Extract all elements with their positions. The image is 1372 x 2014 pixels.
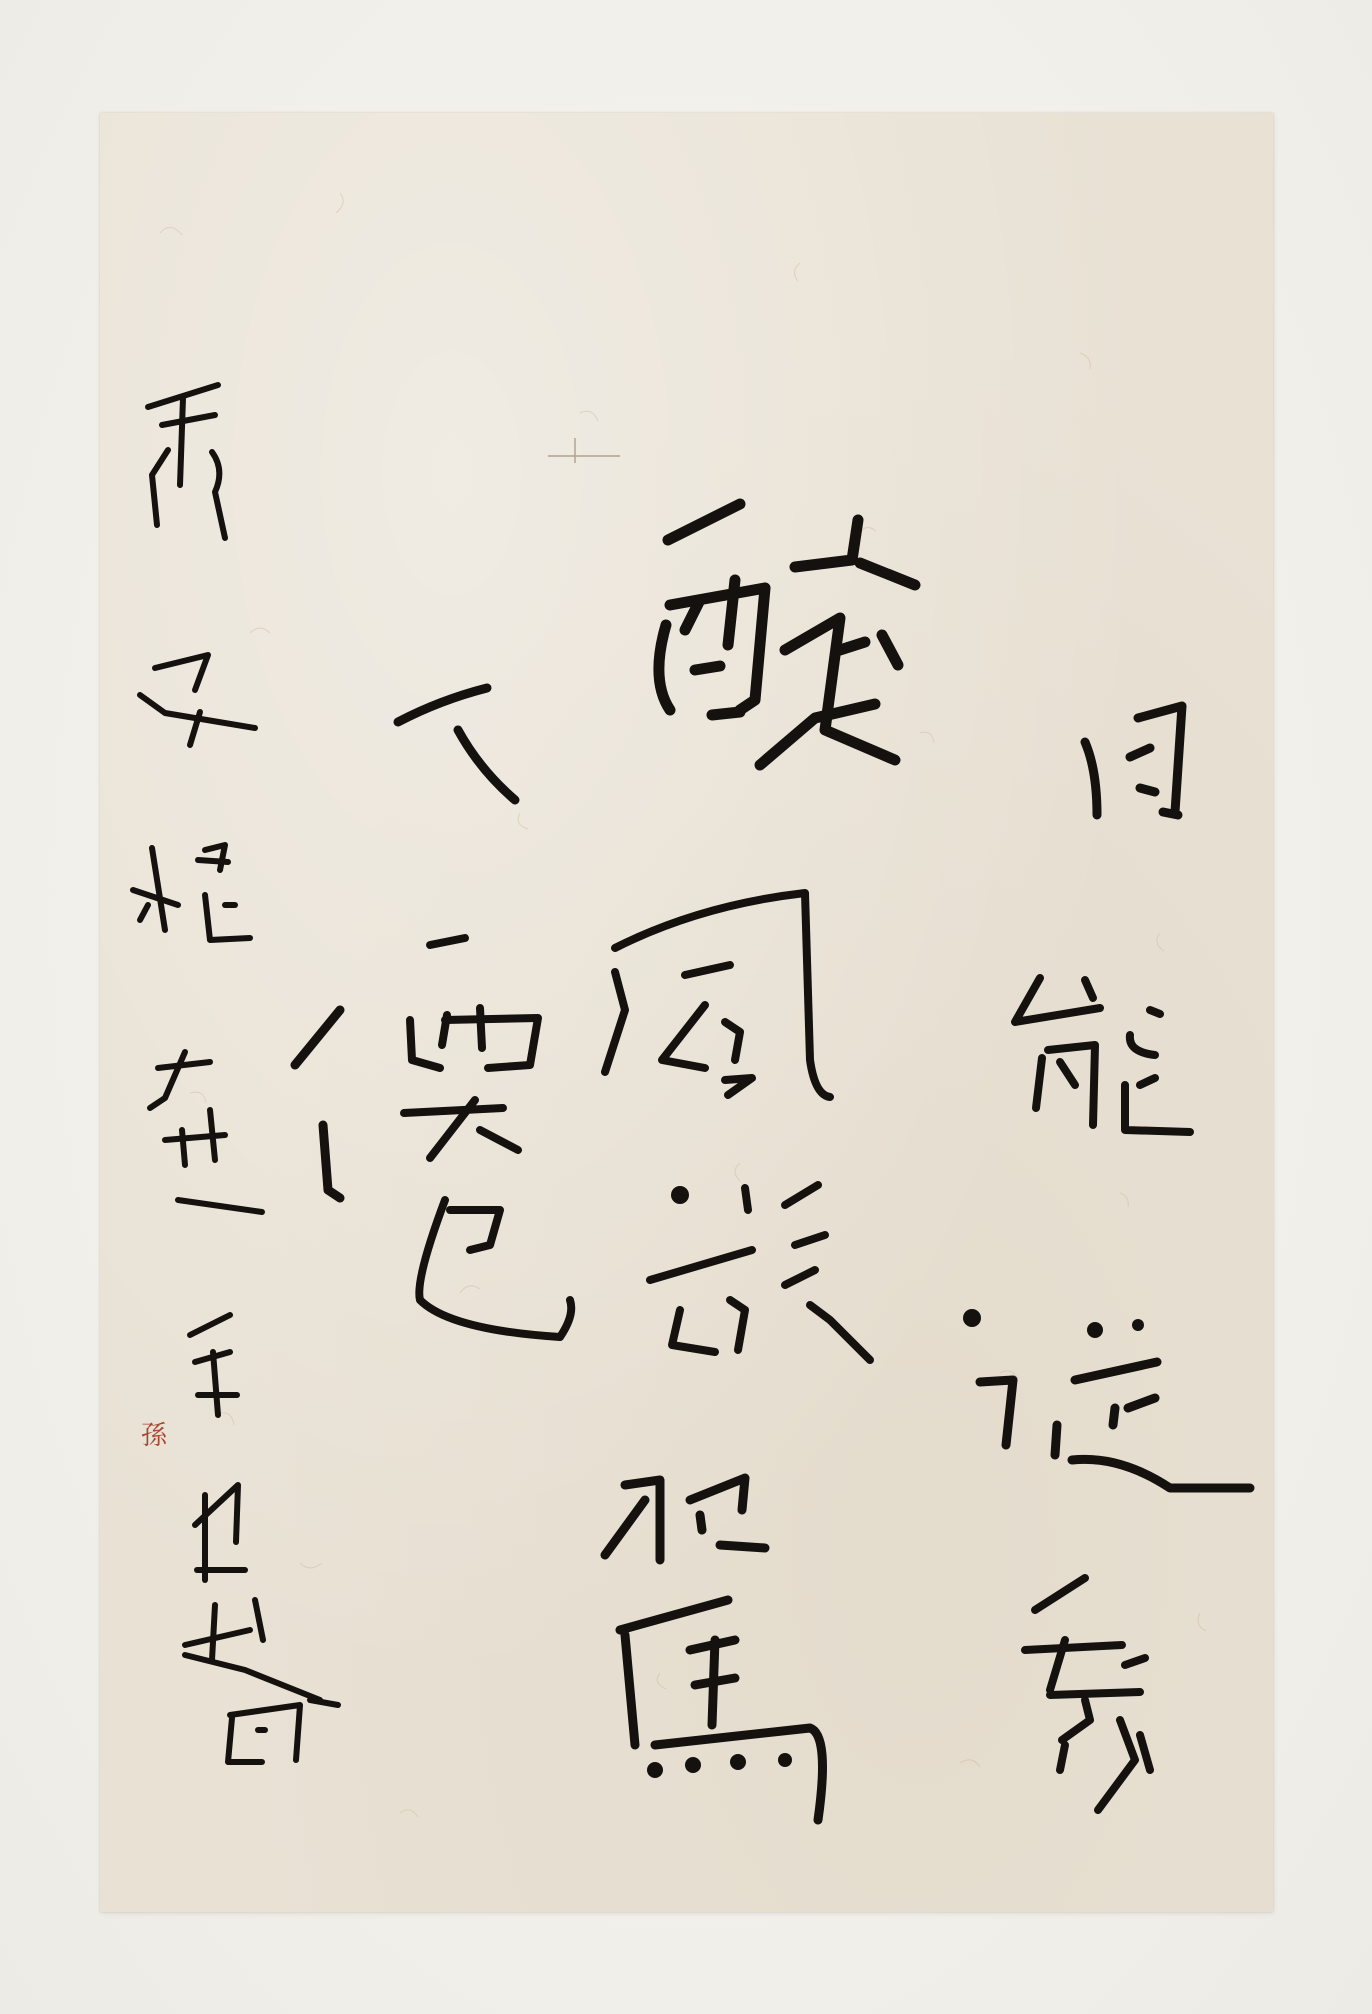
paper-fiber-texture [100,113,1273,1912]
red-seal-stamp: 孫 [137,1420,171,1452]
paper-sheet [100,113,1273,1912]
